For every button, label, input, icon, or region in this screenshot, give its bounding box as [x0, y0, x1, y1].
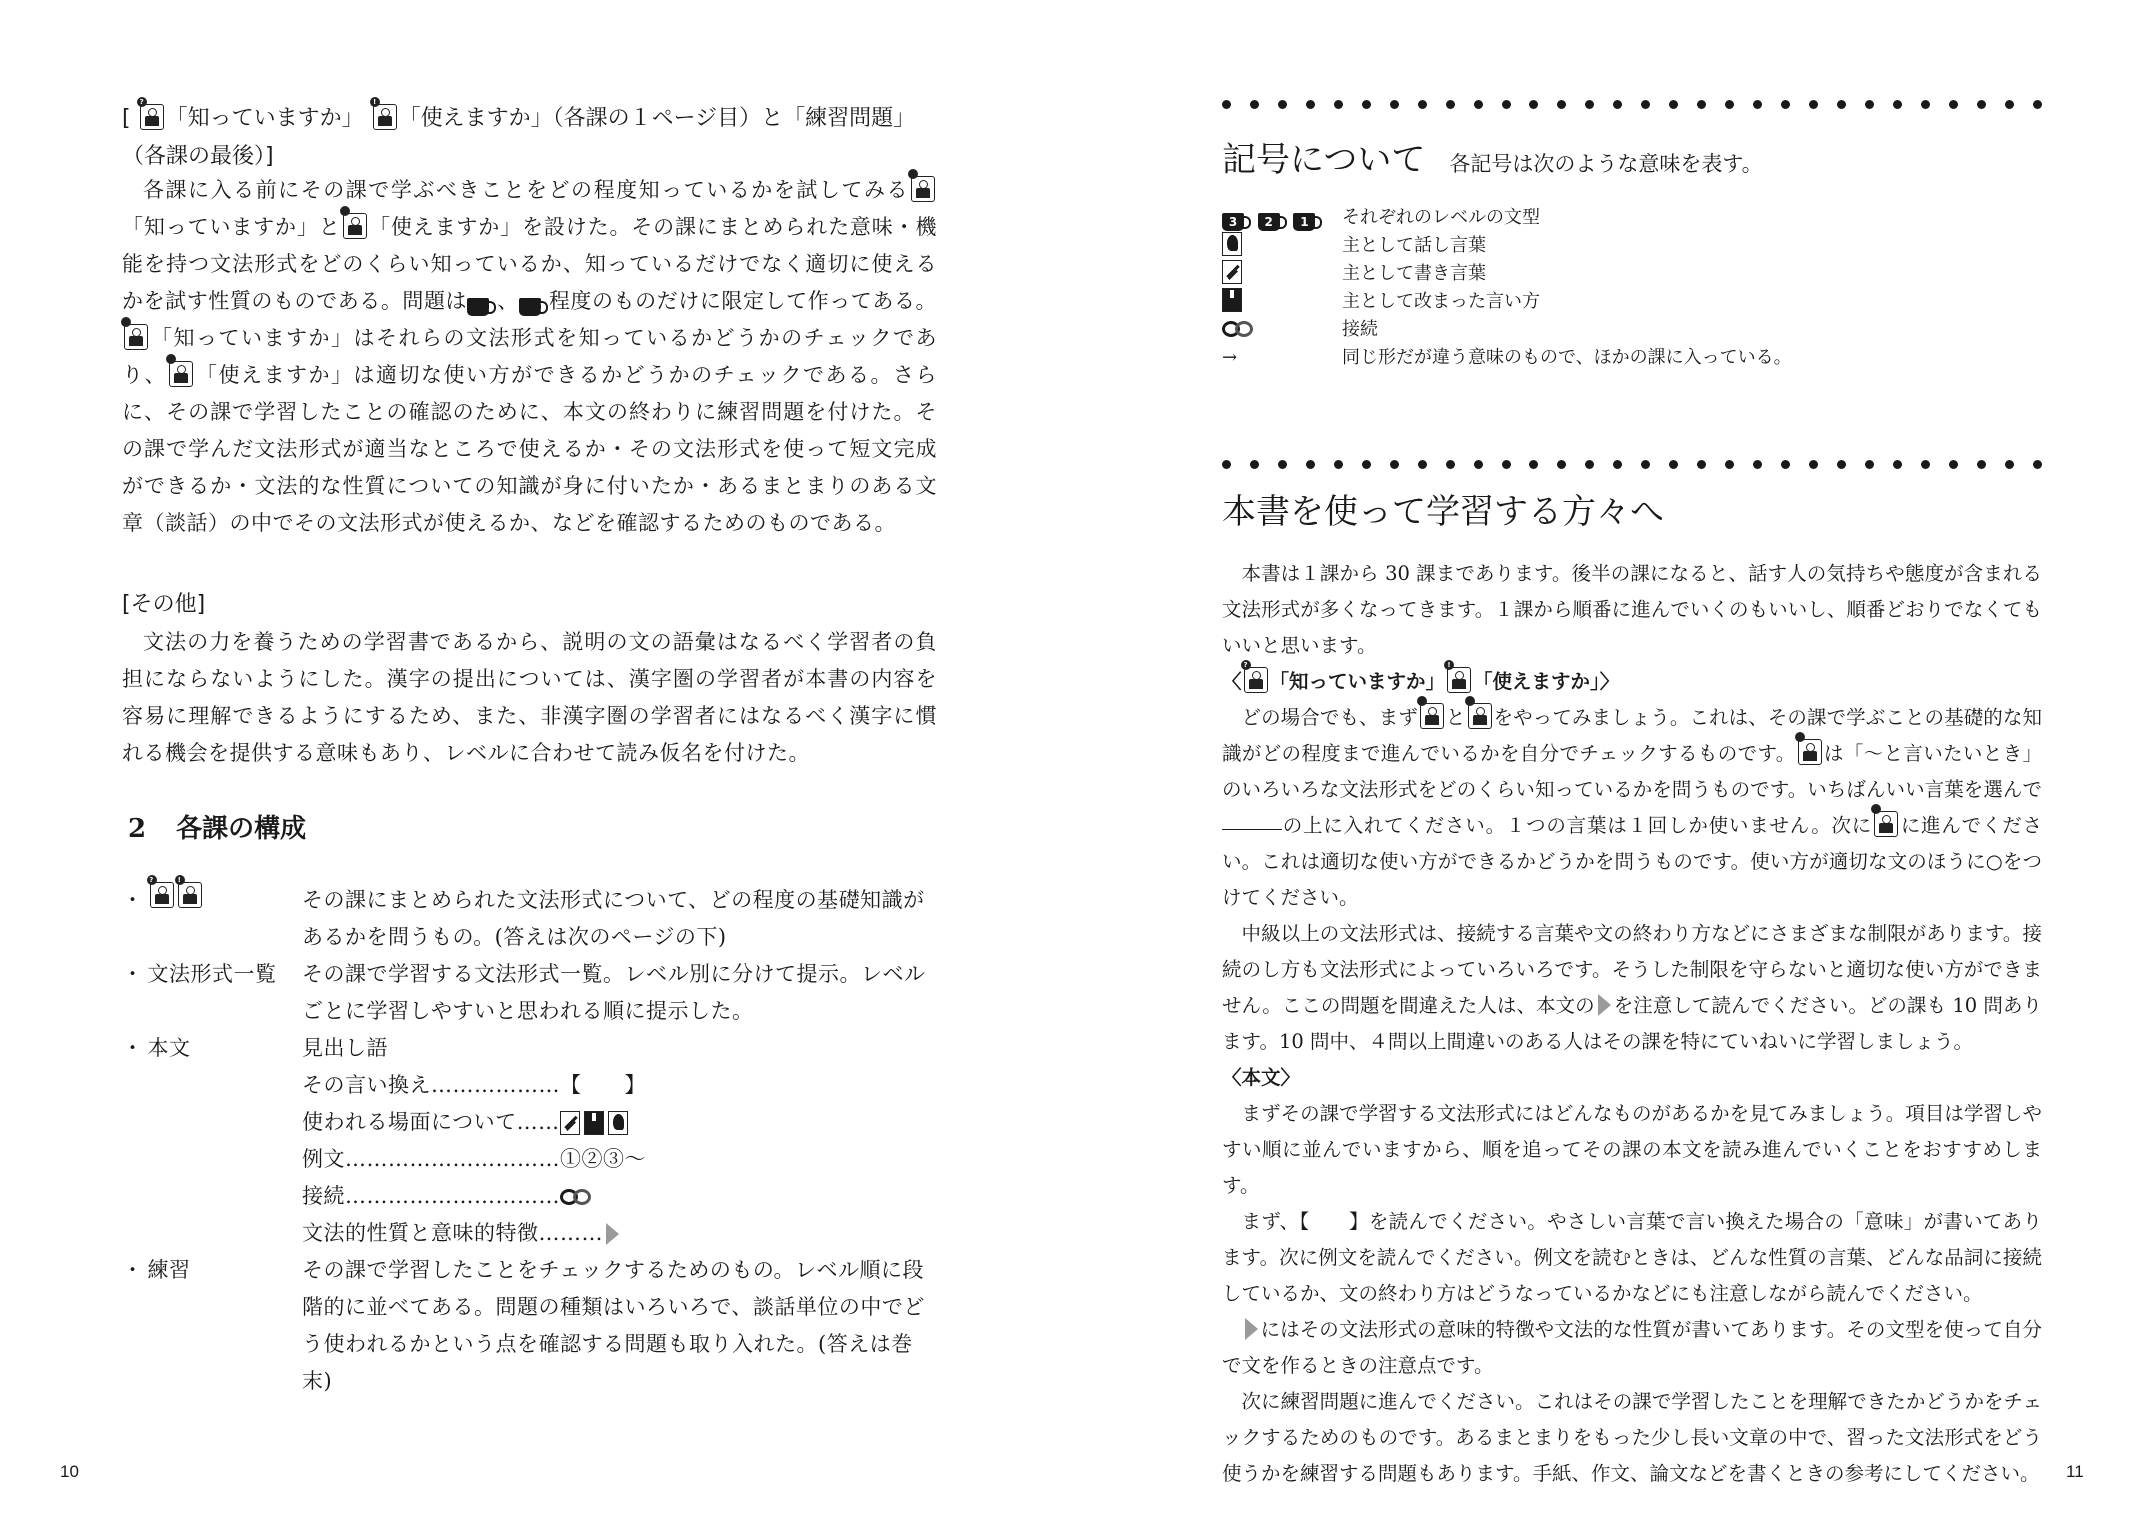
title-text: 記号について	[1222, 140, 1425, 180]
learners-title: 本書を使って学習する方々へ	[1222, 484, 1664, 533]
know-question-icon: ?	[1420, 703, 1444, 729]
triangle-icon	[1598, 994, 1611, 1016]
legend-text: それぞれのレベルの文型	[1342, 204, 1540, 232]
text: どの場合でも、まず	[1242, 706, 1418, 729]
legend-row: 接続	[1222, 316, 2022, 344]
writing-icon	[1222, 260, 1242, 284]
text: 「使えますか」	[1473, 670, 1600, 693]
blank-line	[1222, 829, 1282, 830]
legend-text: 接続	[1342, 316, 1378, 344]
paragraph-restrictions: 中級以上の文法形式は、接続する言葉や文の終わり方などにさまざまな制限があります。…	[1222, 916, 2042, 1060]
level-2-icon: 2	[1258, 213, 1280, 231]
chain-icon	[1222, 321, 1256, 337]
legend-text: 同じ形だが違う意味のもので、ほかの課に入っている。	[1342, 344, 1792, 372]
legend-row: → 同じ形だが違う意味のもので、ほかの課に入っている。	[1222, 344, 2022, 372]
learners-body: 本書は１課から 30 課まであります。後半の課になると、話す人の気持ちや態度が含…	[1222, 556, 2042, 1492]
paragraph-intro: 本書は１課から 30 課まであります。後半の課になると、話す人の気持ちや態度が含…	[1222, 556, 2042, 664]
page-number: 11	[2066, 1462, 2084, 1482]
legend-row: 主として改まった言い方	[1222, 288, 2022, 316]
paragraph-know-use: どの場合でも、まず?と!をやってみましょう。これは、その課で学ぶことの基礎的な知…	[1222, 700, 2042, 916]
triangle-icon	[1245, 1318, 1258, 1340]
paragraph-features: にはその文法形式の意味的特徴や文法的な性質が書いてあります。その文型を使って自分…	[1222, 1312, 2042, 1384]
paragraph-body-reading: まず、【 】を読んでください。やさしい言葉で言い換えた場合の「意味」が書いてあり…	[1222, 1204, 2042, 1312]
speaking-icon	[1222, 232, 1242, 256]
text: の上に入れてください。１つの言葉は１回しか使いません。次に	[1282, 814, 1872, 837]
know-question-icon: ?	[1244, 667, 1268, 693]
arrow-icon: →	[1222, 344, 1342, 372]
subheading-know-use: 〈?「知っていますか」!「使えますか」〉	[1222, 664, 2042, 700]
text: と	[1446, 706, 1466, 729]
formal-icon	[1222, 288, 1242, 312]
legend-row: 主として書き言葉	[1222, 260, 2022, 288]
symbols-legend: 3 2 1 それぞれのレベルの文型 主として話し言葉 主として書き言葉 主として…	[1222, 204, 2022, 372]
paragraph-practice: 次に練習問題に進んでください。これはその課で学習したことを理解できたかどうかをチ…	[1222, 1384, 2042, 1492]
text: にはその文法形式の意味的特徴や文法的な性質が書いてあります。その文型を使って自分…	[1222, 1318, 2042, 1377]
subtitle-text: 各記号は次のような意味を表す。	[1449, 152, 1762, 176]
use-exclaim-icon: !	[1468, 703, 1492, 729]
subheading-body: 〈本文〉	[1222, 1060, 2042, 1096]
level-1-icon: 1	[1293, 213, 1315, 231]
use-exclaim-icon: !	[1447, 667, 1471, 693]
title-text: 本書を使って学習する方々へ	[1222, 492, 1664, 532]
dotted-divider	[1222, 460, 2042, 469]
right-page: 記号について各記号は次のような意味を表す。 3 2 1 それぞれのレベルの文型 …	[0, 0, 2142, 1520]
legend-text: 主として書き言葉	[1342, 260, 1486, 288]
use-exclaim-icon: !	[1874, 811, 1898, 837]
level-cups-icon: 3 2 1	[1222, 204, 1342, 232]
legend-row: 3 2 1 それぞれのレベルの文型	[1222, 204, 2022, 232]
text: 〈	[1222, 670, 1242, 693]
level-3-icon: 3	[1222, 213, 1244, 231]
symbols-title: 記号について各記号は次のような意味を表す。	[1222, 132, 1763, 181]
paragraph-body-order: まずその課で学習する文法形式にはどんなものがあるかを見てみましょう。項目は学習し…	[1222, 1096, 2042, 1204]
text: 〉	[1600, 670, 1620, 693]
text: 「知っていますか」	[1270, 670, 1446, 693]
know-question-icon: ?	[1798, 739, 1822, 765]
legend-row: 主として話し言葉	[1222, 232, 2022, 260]
dotted-divider	[1222, 100, 2042, 109]
legend-text: 主として改まった言い方	[1342, 288, 1540, 316]
legend-text: 主として話し言葉	[1342, 232, 1486, 260]
